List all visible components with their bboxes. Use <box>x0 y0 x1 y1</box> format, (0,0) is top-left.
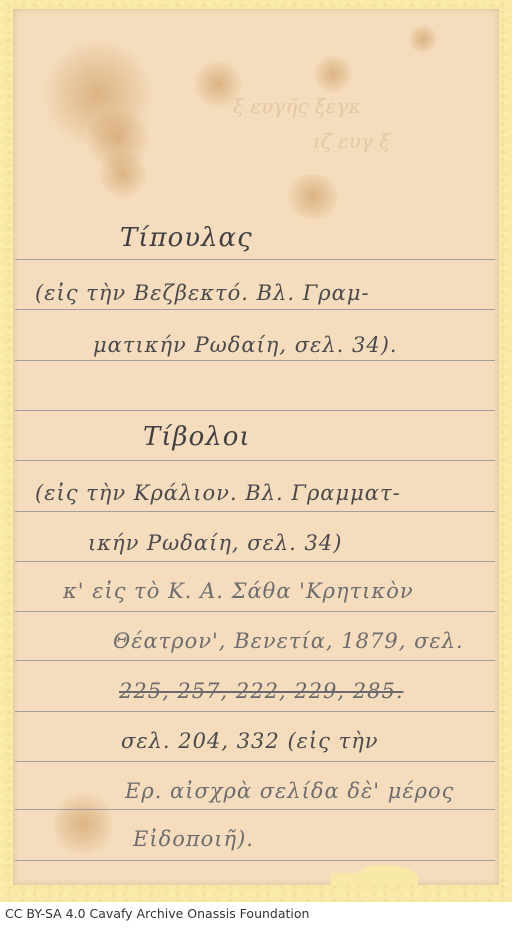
entry-line: (εἰς τὴν Βεζβεκτό. Βλ. Γραμ- <box>35 281 370 305</box>
ruled-line <box>15 660 495 661</box>
entry-heading: Τίπουλας <box>120 223 253 253</box>
stain <box>98 149 148 199</box>
entry-line: Θέατρον', Βενετία, 1879, σελ. <box>113 629 464 653</box>
entry-line: ματικήν Ρωδαίη, σελ. 34). <box>93 333 398 357</box>
entry-line: Εἰδοποιῆ). <box>133 827 254 851</box>
entry-line: Ερ. αἰσχρὰ σελίδα δὲ' μέρος <box>125 779 454 803</box>
ruled-line <box>15 860 495 861</box>
entry-line: σελ. 204, 332 (εἰς τὴν <box>121 729 379 753</box>
ruled-line <box>15 809 495 810</box>
bleed-through-text: ιζ ευγ ξ <box>313 129 390 153</box>
stain <box>313 54 353 94</box>
entry-line: ικήν Ρωδαίη, σελ. 34) <box>88 531 342 555</box>
struck-out-line: 225, 257, 222, 229, 285. <box>119 679 404 703</box>
stain <box>53 789 113 859</box>
ruled-line <box>15 511 495 512</box>
entry-heading: Τίβολοι <box>143 422 251 452</box>
license-credit: CC BY-SA 4.0 Cavafy Archive Onassis Foun… <box>5 906 309 921</box>
torn-edge <box>358 865 418 885</box>
ruled-line <box>15 410 495 411</box>
ruled-line <box>15 360 495 361</box>
bleed-through-text: ξ ευγῆς ξεγκ <box>233 94 362 118</box>
ruled-line <box>15 761 495 762</box>
ruled-line <box>15 309 495 310</box>
entry-line: (εἰς τὴν Κράλιον. Βλ. Γραμματ- <box>35 481 401 505</box>
stain <box>408 24 438 54</box>
scan-background: ξ ευγῆς ξεγκ ιζ ευγ ξ Τίπουλας (εἰς τὴν … <box>0 0 512 902</box>
ruled-line <box>15 611 495 612</box>
ruled-line <box>15 711 495 712</box>
ruled-line <box>15 259 495 260</box>
entry-line: κ' εἰς τὸ Κ. Α. Σάθα 'Κρητικὸν <box>63 579 414 603</box>
ruled-line <box>15 561 495 562</box>
stain <box>283 174 343 219</box>
ruled-line <box>15 460 495 461</box>
note-card: ξ ευγῆς ξεγκ ιζ ευγ ξ Τίπουλας (εἰς τὴν … <box>13 9 499 885</box>
